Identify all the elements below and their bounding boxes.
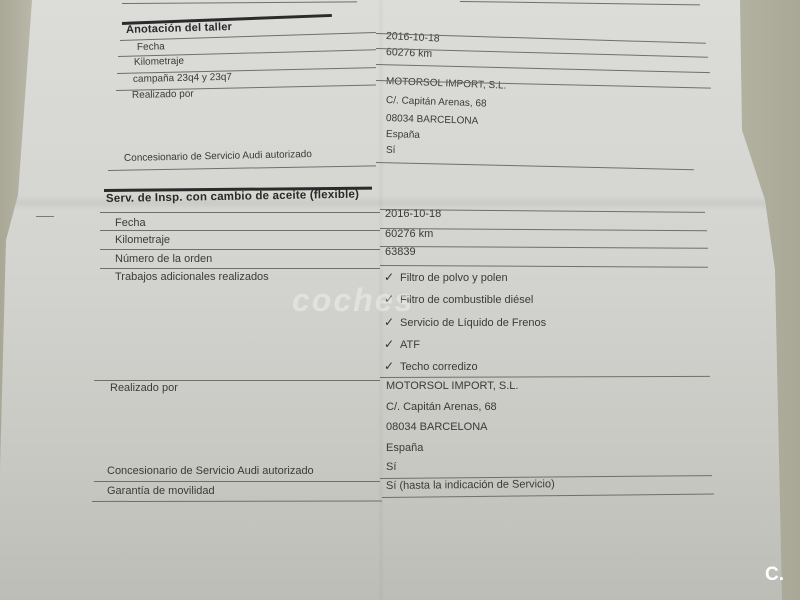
mileage-label: Kilometraje xyxy=(115,234,170,246)
order-number-label: Número de la orden xyxy=(115,253,212,265)
performed-by-line-2: C/. Capitán Arenas, 68 xyxy=(386,95,487,110)
row-divider xyxy=(108,165,376,171)
row-divider xyxy=(100,249,380,250)
date-value: 2016-10-18 xyxy=(385,208,441,220)
watermark: coches xyxy=(292,282,414,319)
mileage-value: 60276 km xyxy=(385,228,433,240)
performed-by-line-4: España xyxy=(386,129,420,141)
checked-item-label: ATF xyxy=(400,339,420,351)
checked-item-label: Servicio de Líquido de Frenos xyxy=(400,317,546,329)
row-divider xyxy=(380,246,708,249)
row-divider xyxy=(376,162,694,170)
performed-by-line-1: MOTORSOL IMPORT, S.L. xyxy=(386,76,507,92)
checked-item: ✓Techo corredizo xyxy=(384,359,478,373)
date-value: 2016-10-18 xyxy=(386,30,440,45)
row-divider xyxy=(382,494,714,498)
checked-item-label: Filtro de combustible diésel xyxy=(400,294,533,306)
mobility-guarantee-value: Sí (hasta la indicación de Servicio) xyxy=(386,478,555,492)
mileage-label: Kilometraje xyxy=(134,56,184,68)
checked-item-label: Filtro de polvo y polen xyxy=(400,272,508,284)
stray-mark xyxy=(36,216,54,217)
checkmark-icon: ✓ xyxy=(384,337,397,351)
row-divider xyxy=(376,64,710,73)
row-divider xyxy=(460,1,700,5)
row-divider xyxy=(100,212,380,213)
date-label: Fecha xyxy=(115,217,146,229)
performed-by-line-1: MOTORSOL IMPORT, S.L. xyxy=(386,380,518,392)
performed-by-line-2: C/. Capitán Arenas, 68 xyxy=(386,401,497,413)
campaign-label: campaña 23q4 y 23q7 xyxy=(133,72,232,85)
performed-by-line-3: 08034 BARCELONA xyxy=(386,113,479,127)
checkmark-icon: ✓ xyxy=(384,359,397,373)
section-title: Anotación del taller xyxy=(126,21,232,36)
authorized-dealer-value: Sí xyxy=(386,461,396,473)
authorized-dealer-label: Concesionario de Servicio Audi autorizad… xyxy=(124,149,312,164)
date-label: Fecha xyxy=(137,41,165,53)
row-divider xyxy=(94,380,380,381)
authorized-dealer-label: Concesionario de Servicio Audi autorizad… xyxy=(107,465,314,477)
row-divider xyxy=(380,376,710,378)
brand-logo: C. xyxy=(765,564,784,586)
checked-item-label: Techo corredizo xyxy=(400,361,478,373)
authorized-dealer-value: Sí xyxy=(386,145,395,156)
checked-item: ✓ATF xyxy=(384,337,420,351)
service-record-page: Anotación del taller 2016-10-18 Fecha 60… xyxy=(0,0,800,600)
performed-by-label: Realizado por xyxy=(132,89,194,101)
additional-work-label: Trabajos adicionales realizados xyxy=(115,271,269,283)
performed-by-line-3: 08034 BARCELONA xyxy=(386,421,488,433)
row-divider xyxy=(94,481,380,482)
mobility-guarantee-label: Garantía de movilidad xyxy=(107,485,215,497)
row-divider xyxy=(100,268,380,269)
performed-by-label: Realizado por xyxy=(110,382,178,394)
row-divider xyxy=(92,500,382,502)
row-divider xyxy=(100,230,380,231)
performed-by-line-4: España xyxy=(386,442,423,454)
order-number-value: 63839 xyxy=(385,246,416,258)
row-divider xyxy=(380,265,708,268)
row-divider xyxy=(122,1,357,4)
